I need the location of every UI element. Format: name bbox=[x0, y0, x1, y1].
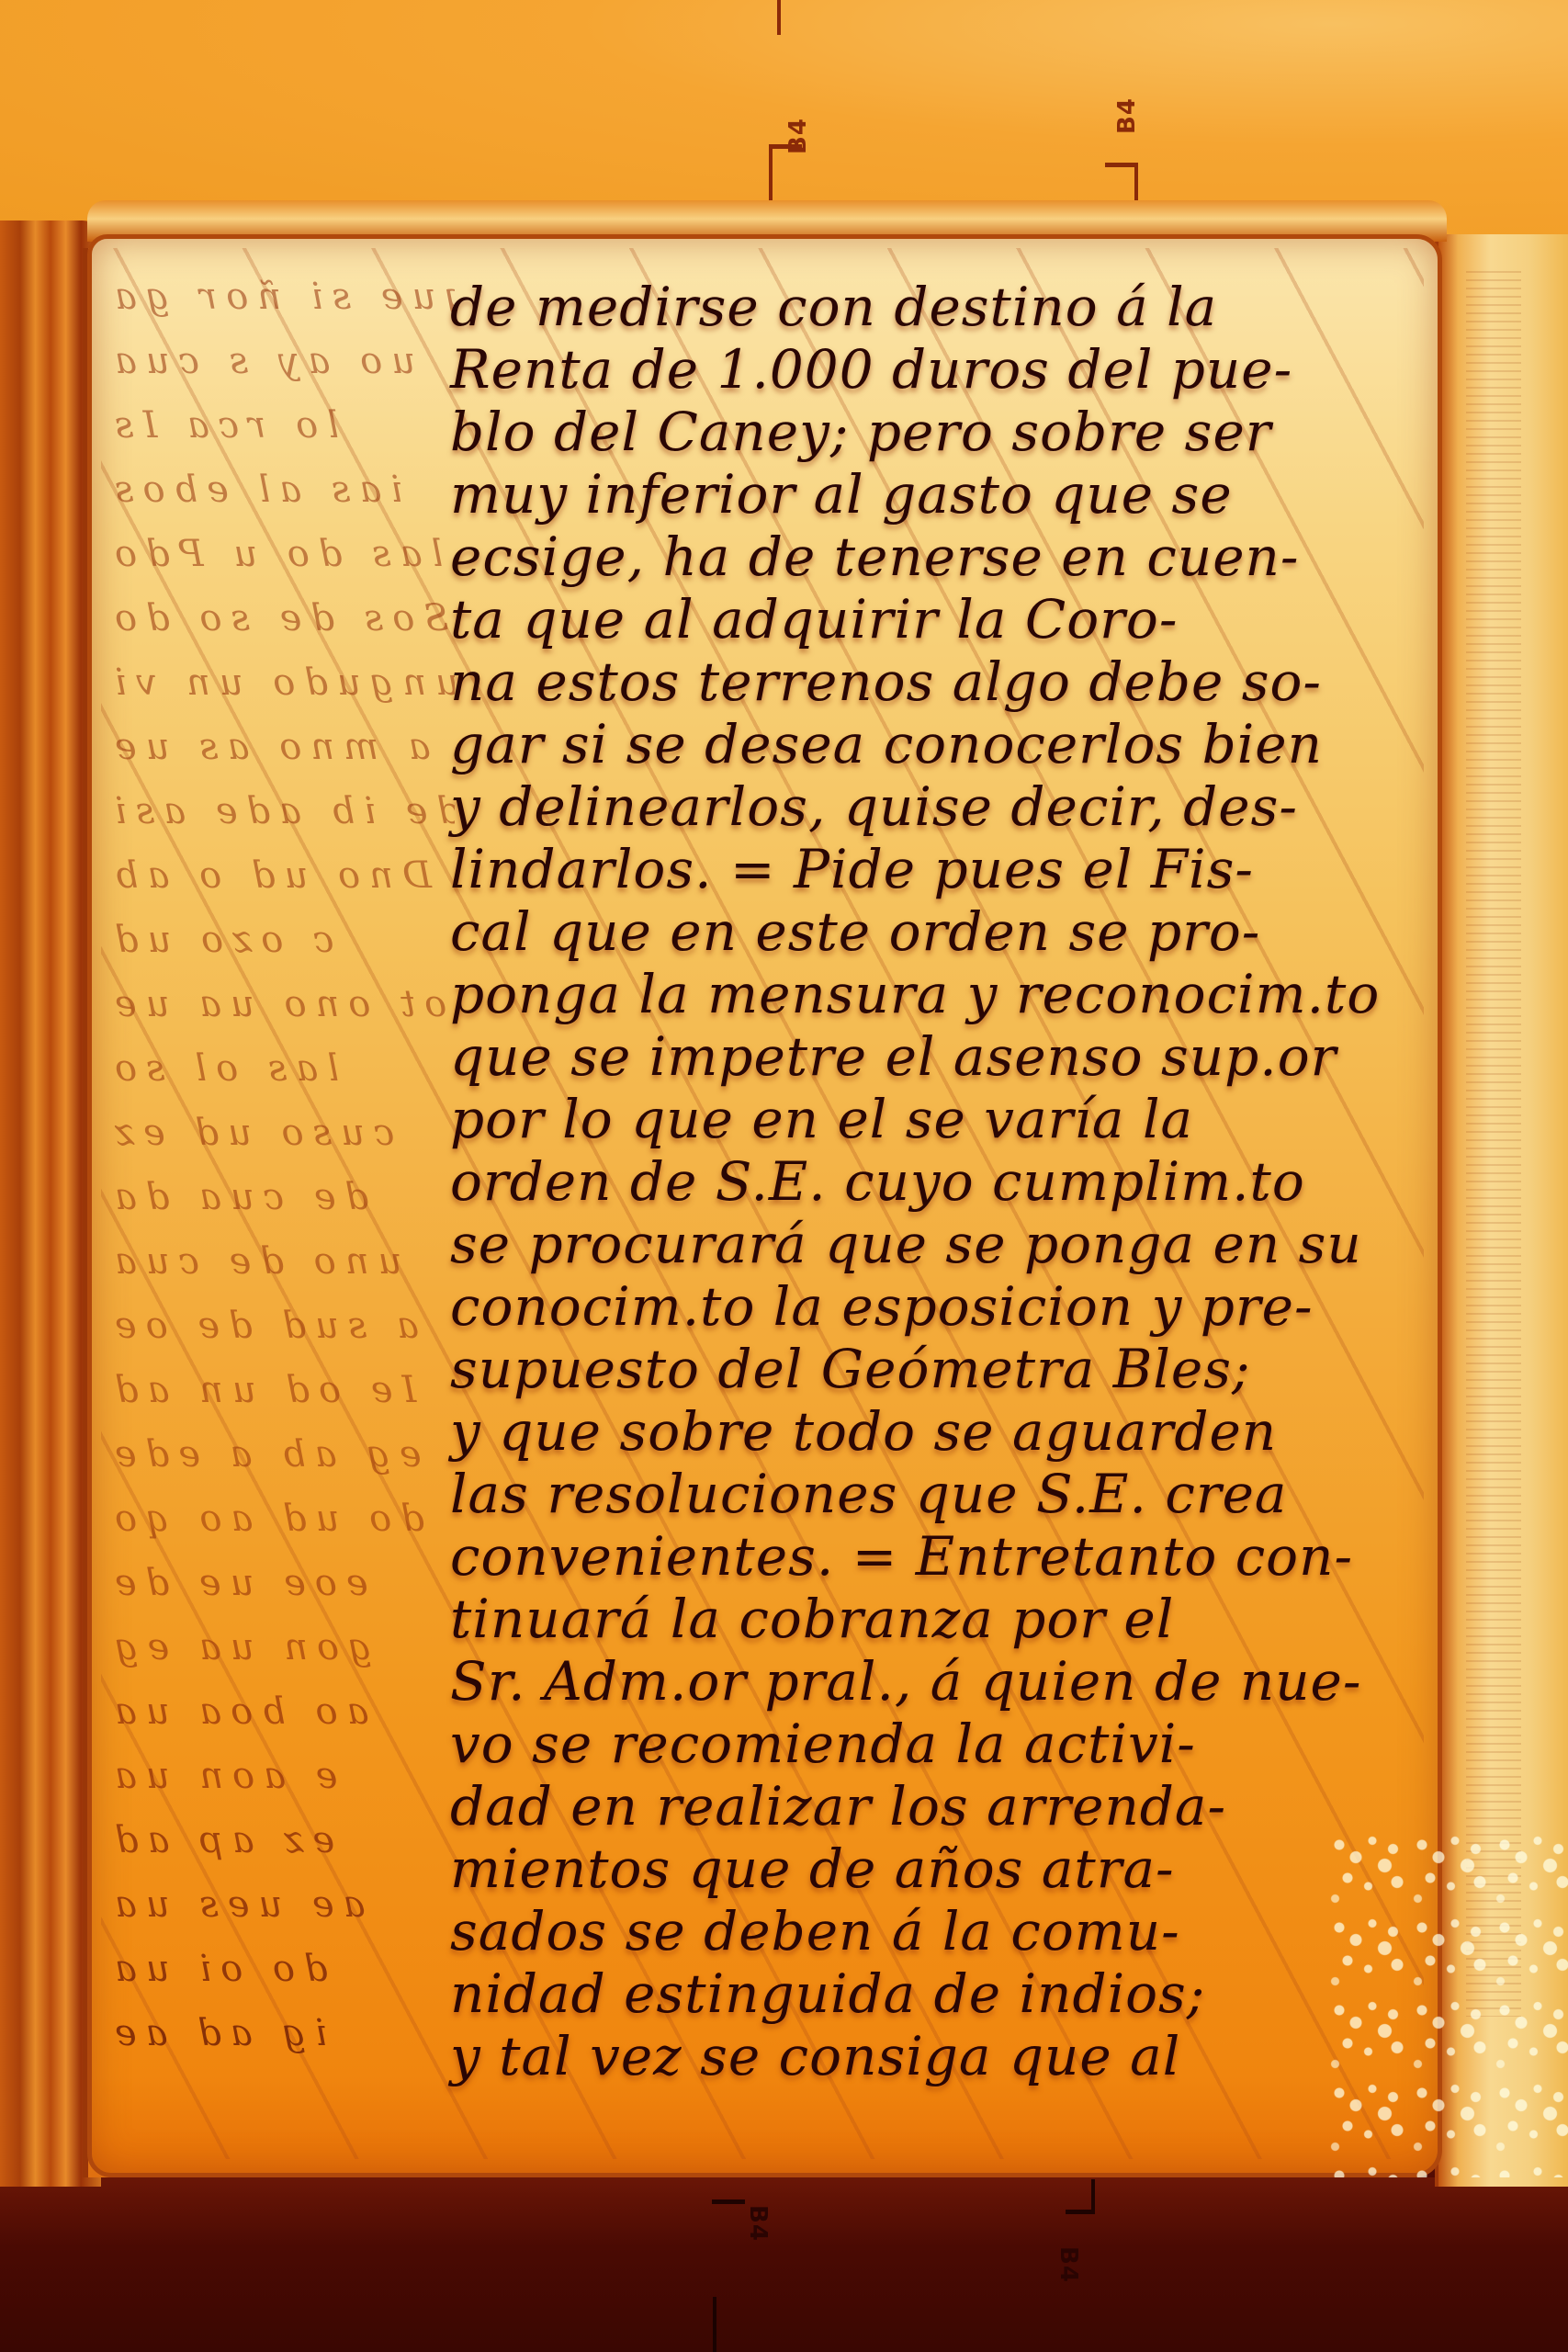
manuscript-line: mientos que de años atra- bbox=[450, 1837, 1424, 1902]
manuscript-line: convenientes. = Entretanto con- bbox=[450, 1525, 1424, 1589]
ghost-line: a mno as ue bbox=[106, 726, 431, 768]
manuscript-line: blo del Caney; pero sobre ser bbox=[450, 401, 1424, 465]
manuscript-line: por lo que en el se varía la bbox=[450, 1088, 1424, 1152]
ghost-line: ez ap ad bbox=[106, 1819, 334, 1861]
ghost-line: Dno ud o ab bbox=[106, 854, 432, 897]
manuscript-line: y tal vez se consiga que al bbox=[450, 2025, 1424, 2089]
scan-marker-label: B4 bbox=[1113, 97, 1141, 134]
manuscript-line: que se impetre el asenso sup.or bbox=[450, 1025, 1424, 1090]
ghost-line: eoe ue de bbox=[106, 1562, 368, 1604]
ghost-line: gon ua eg bbox=[106, 1626, 372, 1668]
manuscript-line: cal que en este orden se pro- bbox=[450, 900, 1424, 965]
manuscript-line: ta que al adquirir la Coro- bbox=[450, 588, 1424, 652]
ghost-line: do ud ao qo bbox=[106, 1498, 424, 1540]
manuscript-line: conocim.to la esposicion y pre- bbox=[450, 1275, 1424, 1340]
scan-backdrop-bottom bbox=[0, 2177, 1568, 2352]
bottom-left-ruler-tick bbox=[713, 2297, 716, 2352]
ghost-line: uo ay s cua bbox=[106, 340, 415, 382]
ghost-line: alas do u Pdo bbox=[106, 533, 455, 575]
manuscript-line: muy inferior al gasto que se bbox=[450, 463, 1424, 527]
manuscript-line: vo se recomienda la activi- bbox=[450, 1713, 1424, 1777]
ghost-line: las ol so bbox=[106, 1047, 339, 1090]
ghost-line: a sud de oe bbox=[106, 1305, 419, 1347]
ghost-line: do oi ua bbox=[106, 1948, 328, 1990]
ghost-line: uno de cua bbox=[106, 1240, 401, 1283]
ghost-line: cuso ud ez bbox=[106, 1112, 394, 1154]
manuscript-line: orden de S.E. cuyo cumplim.to bbox=[450, 1150, 1424, 1215]
ghost-line: e aon ua bbox=[106, 1755, 337, 1797]
manuscript-line: ponga la mensura y reconocim.to bbox=[450, 963, 1424, 1027]
ghost-line: ig ad ae bbox=[106, 2012, 327, 2054]
manuscript-line: ecsige, ha de tenerse en cuen- bbox=[450, 526, 1424, 590]
ghost-line: eg ab a ede bbox=[106, 1433, 422, 1476]
bleed-through-text: ugue si ñor ga uo ay s cua lo rca Is ias… bbox=[87, 276, 455, 2159]
ghost-line: de ib ade asi bbox=[106, 790, 455, 832]
scan-marker-label: B4 bbox=[744, 2205, 772, 2242]
manuscript-line: se procurará que se ponga en su bbox=[450, 1213, 1424, 1277]
manuscript-line: de medirse con destino á la bbox=[450, 276, 1424, 340]
spine-texture bbox=[1466, 271, 1521, 2017]
manuscript-line: sados se deben á la comu- bbox=[450, 1900, 1424, 1964]
ghost-line: lo rca Is bbox=[106, 404, 339, 447]
top-ruler-tick bbox=[777, 0, 781, 35]
manuscript-line: Sr. Adm.or pral., á quien de nue- bbox=[450, 1650, 1424, 1714]
manuscript-line: tinuará la cobranza por el bbox=[450, 1588, 1424, 1652]
ghost-line: ungudo un vi bbox=[106, 661, 455, 704]
ghost-line: de cua da bbox=[106, 1176, 368, 1218]
manuscript-line: na estos terrenos algo debe so- bbox=[450, 650, 1424, 715]
manuscript-line: gar si se desea conocerlos bien bbox=[450, 713, 1424, 777]
manuscript-line: dad en realizar los arrenda- bbox=[450, 1775, 1424, 1839]
ghost-line: ias al ebos bbox=[106, 469, 402, 511]
light-glare-speckles bbox=[1323, 1828, 1568, 2177]
manuscript-line: Renta de 1.000 duros del pue- bbox=[450, 338, 1424, 402]
manuscript-line: las resoluciones que S.E. crea bbox=[450, 1463, 1424, 1527]
scan-marker-label: B4 bbox=[784, 118, 812, 154]
ghost-line: ot ono ua ue bbox=[106, 983, 446, 1025]
manuscript-line: lindarlos. = Pide pues el Fis- bbox=[450, 838, 1424, 902]
scan-marker-label: B4 bbox=[1055, 2246, 1082, 2283]
manuscript-line: supuesto del Geómetra Bles; bbox=[450, 1338, 1424, 1402]
manuscript-line: nidad estinguida de indios; bbox=[450, 1962, 1424, 2027]
ghost-line: Sos de so do bbox=[106, 597, 449, 639]
ghost-line: ugue si ñor ga bbox=[106, 276, 455, 318]
ghost-line: ae ues ua bbox=[106, 1883, 366, 1926]
ghost-line: c ozo ud bbox=[106, 919, 333, 961]
ghost-line: ao boa ua bbox=[106, 1690, 369, 1733]
ghost-line: Ie od un ad bbox=[106, 1369, 416, 1411]
manuscript-line: y que sobre todo se aguarden bbox=[450, 1400, 1424, 1464]
manuscript-line: y delinearlos, quise decir, des- bbox=[450, 775, 1424, 840]
